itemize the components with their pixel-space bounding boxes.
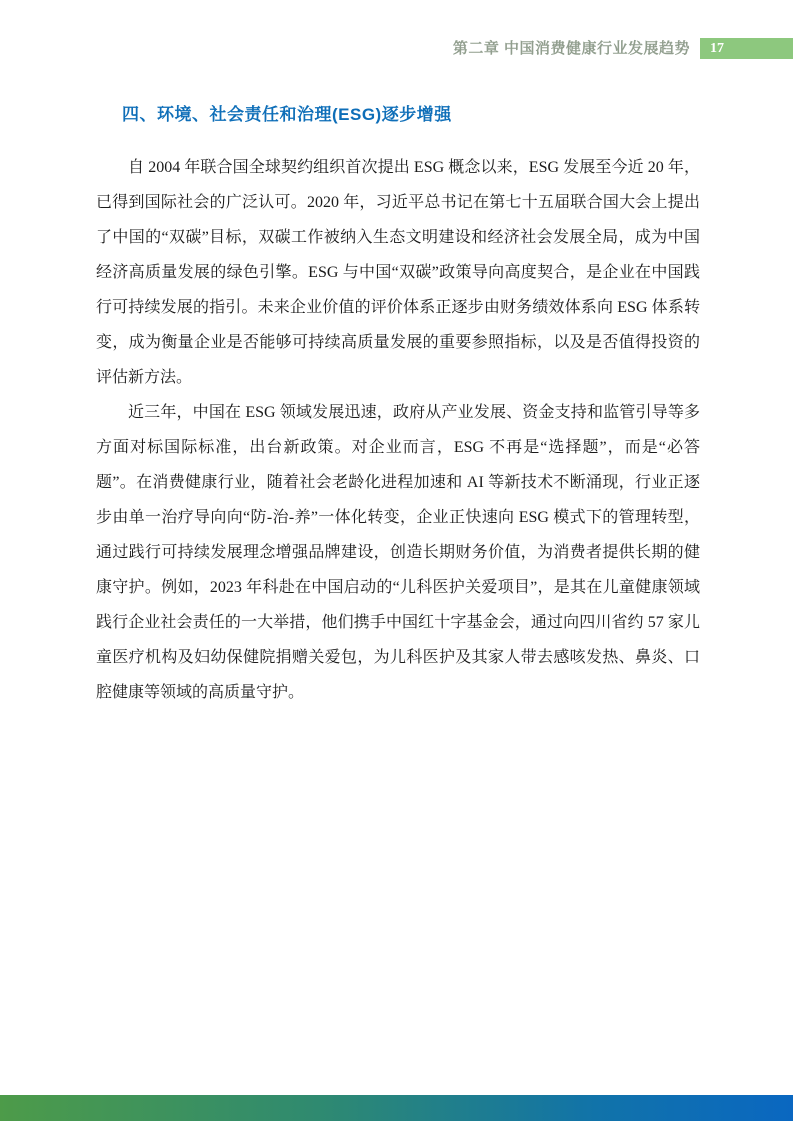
footer-gradient-bar (0, 1095, 793, 1121)
paragraph: 近三年，中国在 ESG 领域发展迅速，政府从产业发展、资金支持和监管引导等多方面… (96, 395, 700, 710)
page-header: 第二章 中国消费健康行业发展趋势 17 (0, 38, 793, 59)
chapter-header-title: 第二章 中国消费健康行业发展趋势 (453, 38, 690, 59)
page-number-badge: 17 (700, 38, 793, 59)
paragraph: 自 2004 年联合国全球契约组织首次提出 ESG 概念以来，ESG 发展至今近… (96, 150, 700, 395)
document-page: 第二章 中国消费健康行业发展趋势 17 四、环境、社会责任和治理(ESG)逐步增… (0, 0, 793, 1121)
body-text-block: 自 2004 年联合国全球契约组织首次提出 ESG 概念以来，ESG 发展至今近… (96, 150, 700, 710)
section-heading: 四、环境、社会责任和治理(ESG)逐步增强 (122, 100, 713, 125)
